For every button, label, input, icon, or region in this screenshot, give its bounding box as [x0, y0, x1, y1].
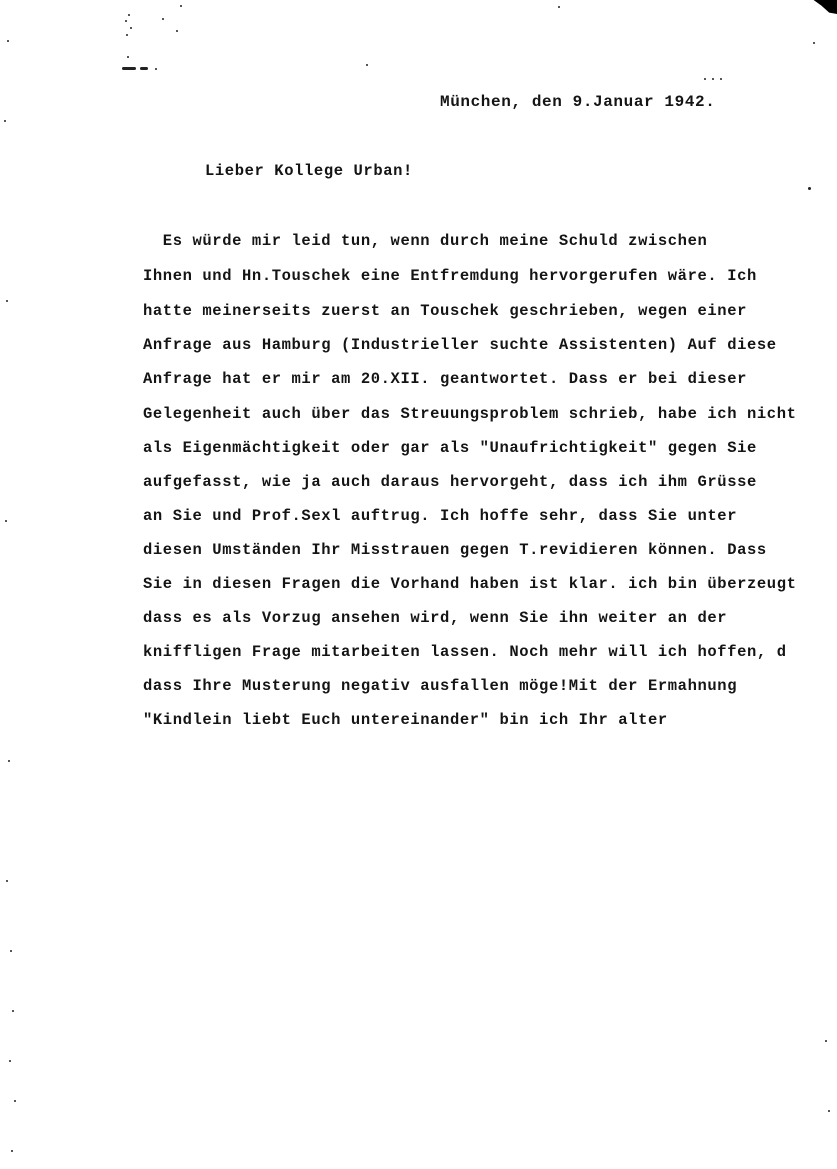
body-line: aufgefasst, wie ja auch daraus hervorgeh… — [143, 473, 757, 491]
scan-speck — [180, 5, 182, 7]
body-line: kniffligen Frage mitarbeiten lassen. Noc… — [143, 643, 787, 661]
scan-speck — [704, 78, 706, 80]
scan-speck — [712, 78, 714, 80]
scan-speck — [813, 42, 815, 44]
scan-speck — [7, 40, 9, 42]
scan-speck — [8, 760, 10, 762]
scan-speck — [828, 1110, 830, 1112]
scan-speck — [130, 27, 132, 29]
scan-speck — [6, 300, 8, 302]
scan-corner-artifact — [811, 0, 837, 14]
scan-speck — [155, 68, 157, 70]
body-line: diesen Umständen Ihr Misstrauen gegen T.… — [143, 541, 767, 559]
scan-speck — [825, 1040, 827, 1042]
scan-speck — [366, 64, 368, 66]
body-line: Gelegenheit auch über das Streuungsprobl… — [143, 405, 797, 423]
scan-speck — [6, 880, 8, 882]
body-line: als Eigenmächtigkeit oder gar als "Unauf… — [143, 439, 757, 457]
scan-speck — [128, 14, 130, 16]
scan-speck — [14, 1100, 16, 1102]
scan-smudge — [140, 67, 148, 70]
scan-speck — [9, 1060, 11, 1062]
scan-speck — [176, 30, 178, 32]
scan-speck — [4, 120, 6, 122]
body-line: Sie in diesen Fragen die Vorhand haben i… — [143, 575, 797, 593]
body-line: Es würde mir leid tun, wenn durch meine … — [143, 232, 707, 250]
scan-speck — [720, 78, 722, 80]
body-line: an Sie und Prof.Sexl auftrug. Ich hoffe … — [143, 507, 737, 525]
scan-speck — [558, 6, 560, 8]
letter-date-line: München, den 9.Januar 1942. — [440, 93, 715, 111]
scan-speck — [126, 34, 128, 36]
scan-speck — [808, 187, 811, 190]
body-line: "Kindlein liebt Euch untereinander" bin … — [143, 711, 668, 729]
body-line: Ihnen und Hn.Touschek eine Entfremdung h… — [143, 267, 757, 285]
scan-speck — [5, 520, 7, 522]
body-line: dass es als Vorzug ansehen wird, wenn Si… — [143, 609, 727, 627]
scan-speck — [127, 56, 129, 58]
scan-speck — [125, 20, 127, 22]
body-line: hatte meinerseits zuerst an Touschek ges… — [143, 302, 747, 320]
scan-smudge — [122, 67, 136, 70]
body-line: dass Ihre Musterung negativ ausfallen mö… — [143, 677, 737, 695]
body-line: Anfrage aus Hamburg (Industrieller sucht… — [143, 336, 777, 354]
letter-salutation: Lieber Kollege Urban! — [205, 162, 413, 180]
scan-speck — [10, 950, 12, 952]
body-line: Anfrage hat er mir am 20.XII. geantworte… — [143, 370, 747, 388]
letter-page: München, den 9.Januar 1942. Lieber Kolle… — [0, 0, 837, 1169]
scan-speck — [12, 1010, 14, 1012]
scan-speck — [11, 1150, 13, 1152]
scan-speck — [162, 18, 164, 20]
